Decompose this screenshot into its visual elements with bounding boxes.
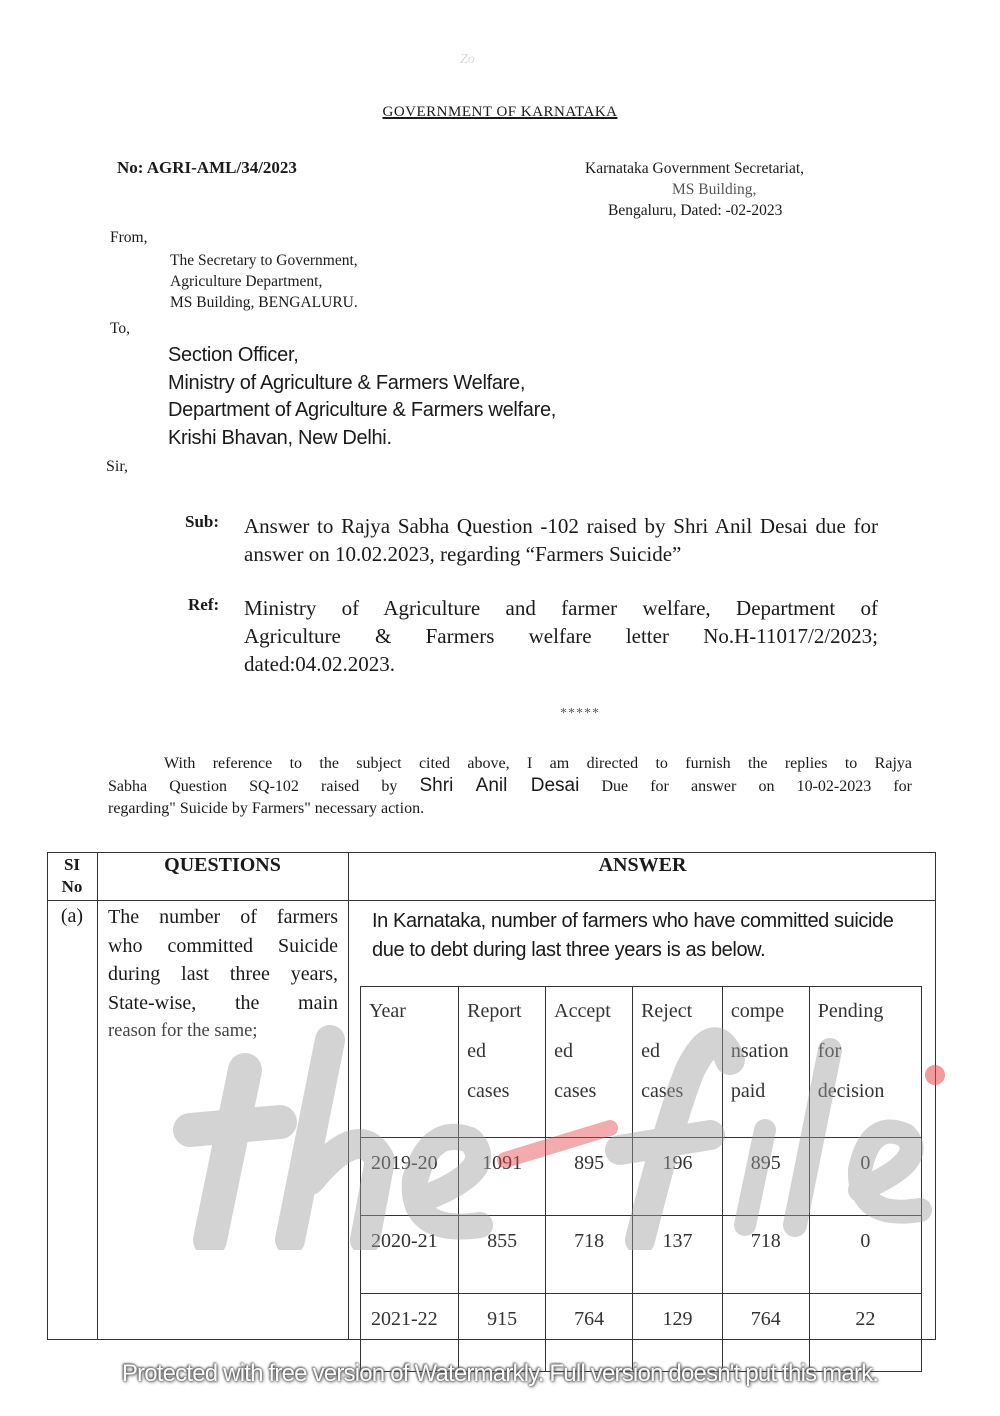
- to-address: Section Officer, Ministry of Agriculture…: [168, 342, 556, 452]
- to-line: Krishi Bhavan, New Delhi.: [168, 425, 556, 453]
- body-line: regarding" Suicide by Farmers" necessary…: [108, 798, 912, 820]
- government-heading-text: GOVERNMENT OF KARNATAKA: [382, 104, 617, 120]
- table-cell: 137: [633, 1216, 723, 1294]
- header-divider: [47, 900, 936, 901]
- reference-label: Ref:: [188, 595, 219, 615]
- table-row: 2019-2010918951968950: [361, 1138, 922, 1216]
- table-cell: 2020-21: [361, 1216, 459, 1294]
- address-line: Bengaluru, Dated: -02-2023: [560, 200, 880, 221]
- body-line-text: Sabha Question SQ-102 raised by: [108, 778, 420, 795]
- column-divider: [348, 852, 349, 1340]
- to-line: Section Officer,: [168, 342, 556, 370]
- question-text: The number of farmers who committed Suic…: [108, 903, 338, 1046]
- from-line: Agriculture Department,: [170, 271, 358, 292]
- reference-line: Ministry of Agriculture and farmer welfa…: [244, 594, 878, 622]
- column-header: Rejectedcases: [633, 987, 723, 1138]
- to-line: Ministry of Agriculture & Farmers Welfar…: [168, 370, 556, 398]
- question-line: during last three years,: [108, 960, 338, 989]
- question-line: The number of farmers: [108, 903, 338, 932]
- subject-label: Sub:: [185, 512, 219, 532]
- from-address: The Secretary to Government, Agriculture…: [170, 250, 358, 313]
- address-line: MS Building,: [560, 179, 880, 200]
- table-cell: 895: [546, 1138, 633, 1216]
- body-line: Sabha Question SQ-102 raised by Shri Ani…: [108, 775, 912, 798]
- column-header: Acceptedcases: [546, 987, 633, 1138]
- body-line-text: Due for answer on 10-02-2023 for: [579, 778, 912, 795]
- table-cell: 718: [722, 1216, 809, 1294]
- column-header: Pendingfordecision: [809, 987, 921, 1138]
- question-line: reason for the same;: [108, 1017, 338, 1046]
- table-cell: 196: [633, 1138, 723, 1216]
- table-cell: 855: [459, 1216, 546, 1294]
- table-row: 2020-218557181377180: [361, 1216, 922, 1294]
- suicide-data-table: YearReportedcasesAcceptedcasesRejectedca…: [360, 986, 922, 1340]
- subject-text: Answer to Rajya Sabha Question -102 rais…: [244, 512, 878, 568]
- member-name: Shri Anil Desai: [420, 775, 580, 796]
- table-cell: 0: [809, 1138, 921, 1216]
- table-cell: 1091: [459, 1138, 546, 1216]
- to-label: To,: [110, 320, 130, 338]
- from-label: From,: [110, 229, 147, 247]
- column-header: compensationpaid: [722, 987, 809, 1138]
- table-cell: 895: [722, 1138, 809, 1216]
- address-line: Karnataka Government Secretariat,: [560, 158, 880, 179]
- data-table-header: YearReportedcasesAcceptedcasesRejectedca…: [361, 987, 922, 1138]
- body-line: With reference to the subject cited abov…: [108, 753, 912, 775]
- header-sl-no: SI No: [52, 854, 92, 898]
- reference-number: No: AGRI-AML/34/2023: [117, 158, 297, 178]
- separator: *****: [560, 706, 600, 722]
- table-cell: 2019-20: [361, 1138, 459, 1216]
- row-sl-no: (a): [52, 905, 92, 928]
- watermarkly-notice: Protected with free version of Watermark…: [0, 1360, 1000, 1388]
- to-line: Department of Agriculture & Farmers welf…: [168, 397, 556, 425]
- table-cell: 0: [809, 1216, 921, 1294]
- header-questions: QUESTIONS: [100, 854, 345, 877]
- answer-intro: In Karnataka, number of farmers who have…: [372, 907, 902, 964]
- data-table-body: 2019-20109189519689502020-21855718137718…: [361, 1138, 922, 1372]
- column-divider: [97, 852, 98, 1340]
- suicide-data-grid: YearReportedcasesAcceptedcasesRejectedca…: [360, 986, 922, 1372]
- body-line-text: With reference to the subject cited abov…: [164, 755, 912, 772]
- salutation: Sir,: [106, 458, 128, 476]
- sender-address: Karnataka Government Secretariat, MS Bui…: [560, 158, 880, 221]
- table-cell: 718: [546, 1216, 633, 1294]
- body-paragraph: With reference to the subject cited abov…: [108, 753, 912, 820]
- reference-line: dated:04.02.2023.: [244, 650, 878, 678]
- initials-stamp: Zo: [460, 52, 540, 76]
- government-heading: GOVERNMENT OF KARNATAKA: [0, 104, 1000, 121]
- question-line: who committed Suicide: [108, 932, 338, 961]
- reference-text: Ministry of Agriculture and farmer welfa…: [244, 594, 878, 678]
- column-header: Year: [361, 987, 459, 1138]
- reference-line: Agriculture & Farmers welfare letter No.…: [244, 622, 878, 650]
- from-line: The Secretary to Government,: [170, 250, 358, 271]
- column-header: Reportedcases: [459, 987, 546, 1138]
- from-line: MS Building, BENGALURU.: [170, 292, 358, 313]
- header-answer: ANSWER: [350, 854, 935, 877]
- question-line: State-wise, the main: [108, 989, 338, 1018]
